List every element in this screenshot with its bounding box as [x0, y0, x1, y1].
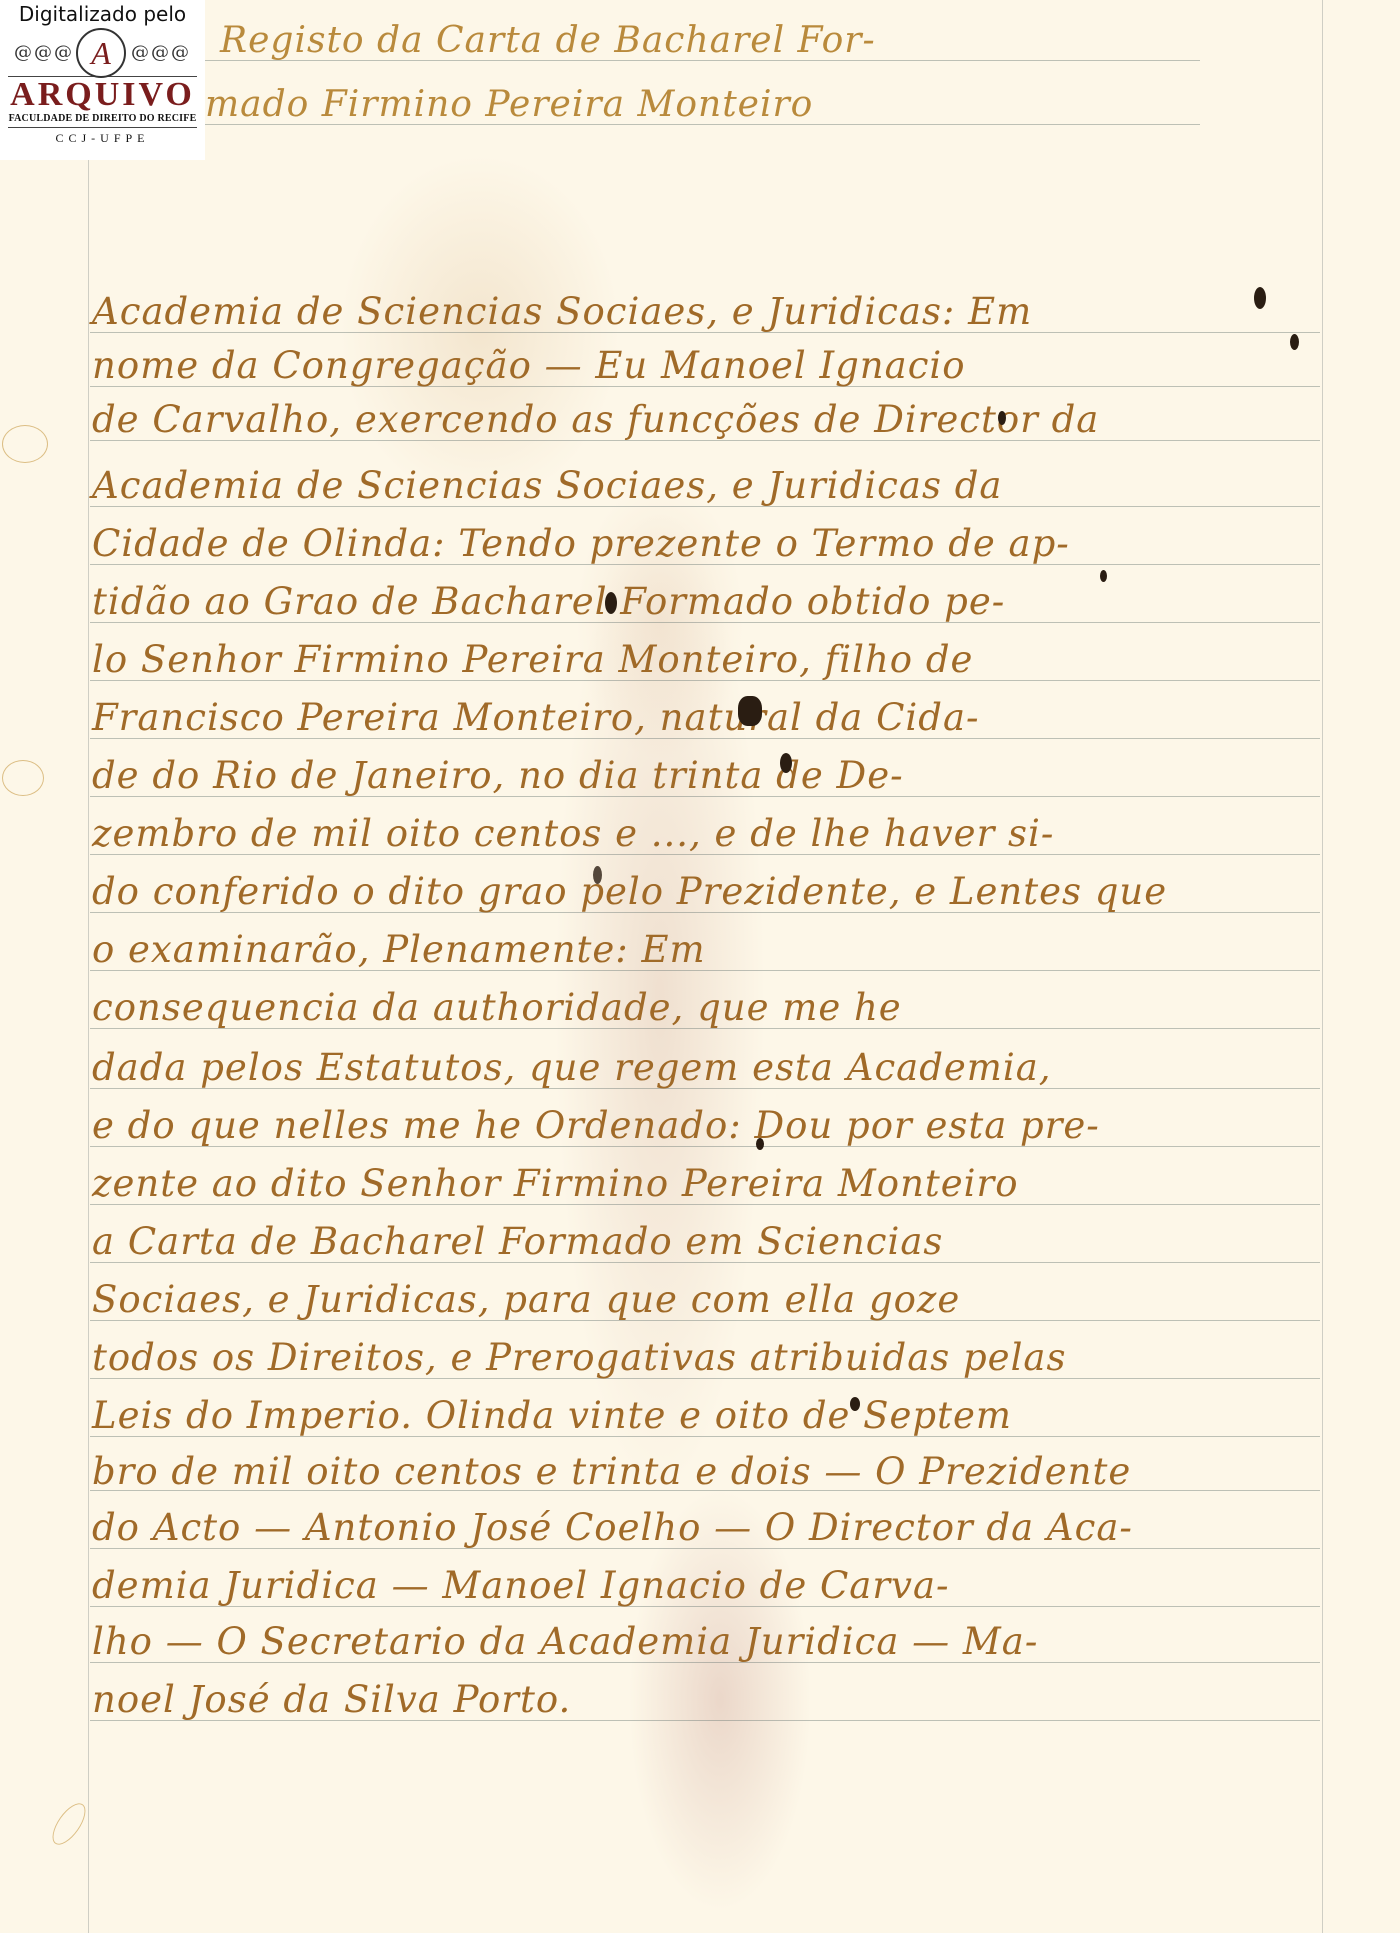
ink-blot — [850, 1397, 860, 1411]
ink-blot — [998, 411, 1006, 425]
right-margin-line — [1322, 0, 1323, 1933]
body-line: Sociaes, e Juridicas, para que com ella … — [92, 1278, 960, 1321]
digitized-by-caption: Digitalizado pelo — [0, 2, 205, 26]
ink-blot — [1100, 570, 1107, 582]
body-line: Francisco Pereira Monteiro, natural da C… — [92, 696, 980, 739]
unit-name: CCJ-UFPE — [0, 131, 205, 146]
emblem-letter: A — [76, 28, 126, 78]
ink-blot — [605, 592, 617, 614]
body-line: noel José da Silva Porto. — [92, 1678, 571, 1721]
body-line: demia Juridica — Manoel Ignacio de Carva… — [92, 1564, 950, 1607]
body-line: a Carta de Bacharel Formado em Sciencias — [92, 1220, 943, 1263]
faint-flourish — [2, 425, 48, 463]
body-line: tidão ao Grao de Bacharel Formado obtido… — [92, 580, 1005, 623]
body-line: Cidade de Olinda: Tendo prezente o Termo… — [92, 522, 1070, 565]
archive-name: ARQUIVO — [0, 77, 205, 113]
ink-blot — [738, 696, 762, 726]
body-line: zente ao dito Senhor Firmino Pereira Mon… — [92, 1162, 1018, 1205]
body-line: lho — O Secretario da Academia Juridica … — [92, 1620, 1038, 1663]
body-line: do conferido o dito grao pelo Prezidente… — [92, 870, 1167, 913]
ink-blot — [1290, 334, 1299, 350]
body-line: bro de mil oito centos e trinta e dois —… — [92, 1450, 1131, 1493]
body-line: lo Senhor Firmino Pereira Monteiro, filh… — [92, 638, 973, 681]
document-title-line-2: mado Firmino Pereira Monteiro — [205, 84, 813, 125]
body-line: do Acto — Antonio José Coelho — O Direct… — [92, 1506, 1133, 1549]
body-line: Leis do Imperio. Olinda vinte e oito de … — [92, 1394, 1012, 1437]
ink-blot — [593, 866, 602, 884]
body-line: Academia de Sciencias Sociaes, e Juridic… — [92, 290, 1032, 333]
emblem: @@@ A @@@ — [0, 28, 205, 76]
body-line: o examinarão, Plenamente: Em — [92, 928, 706, 971]
archive-watermark-logo: Digitalizado pelo @@@ A @@@ ARQUIVO FACU… — [0, 0, 205, 160]
ink-blot — [1254, 287, 1266, 309]
body-line: zembro de mil oito centos e ..., e de lh… — [92, 812, 1054, 855]
body-line: e do que nelles me he Ordenado: Dou por … — [92, 1104, 1100, 1147]
ink-blot — [756, 1138, 764, 1150]
institution-name: FACULDADE DE DIREITO DO RECIFE — [0, 113, 205, 124]
body-line: consequencia da authoridade, que me he — [92, 986, 902, 1029]
body-line: dada pelos Estatutos, que regem esta Aca… — [92, 1046, 1052, 1089]
scroll-ornament-icon: @@@ — [14, 42, 74, 63]
scroll-ornament-icon: @@@ — [131, 42, 191, 63]
body-line: todos os Direitos, e Prerogativas atribu… — [92, 1336, 1066, 1379]
logo-divider — [8, 127, 197, 128]
document-title-line-1: Registo da Carta de Bacharel For- — [220, 20, 876, 61]
faint-flourish — [2, 760, 44, 796]
ink-blot — [780, 753, 792, 773]
body-line: Academia de Sciencias Sociaes, e Juridic… — [92, 464, 1002, 507]
body-line: nome da Congregação — Eu Manoel Ignacio — [92, 344, 966, 387]
body-line: de Carvalho, exercendo as funcções de Di… — [92, 398, 1099, 441]
left-margin-line — [88, 0, 89, 1933]
